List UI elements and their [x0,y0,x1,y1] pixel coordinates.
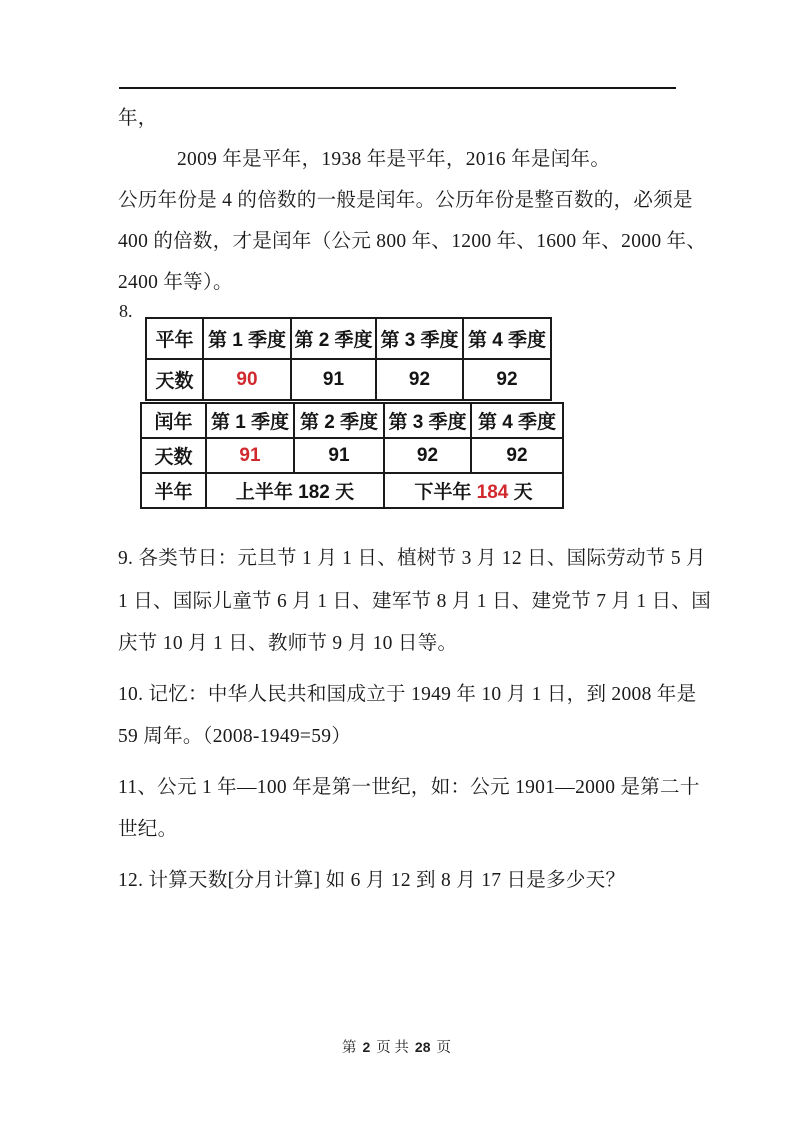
days-value-cell: 92 [384,438,471,473]
table-row: 闰年 第 1 季度 第 2 季度 第 3 季度 第 4 季度 [141,403,563,438]
common-year-table: 平年 第 1 季度 第 2 季度 第 3 季度 第 4 季度 天数 90 91 … [145,317,552,401]
row-label-cell: 平年 [146,318,203,359]
days-value-cell: 91 [291,359,376,400]
half-year-days: 182 [298,482,330,503]
paragraph-line: 2400 年等）。 [118,262,686,303]
quarter-header-cell: 第 3 季度 [376,318,463,359]
list-item-11: 11、公元 1 年—100 年是第一世纪，如：公元 1901—2000 是第二十… [118,767,686,852]
table-row: 半年 上半年 182 天 下半年 184 天 [141,473,563,508]
list-item-9: 9. 各类节日：元旦节 1 月 1 日、植树节 3 月 12 日、国际劳动节 5… [118,538,686,666]
paragraph-line: 1 日、国际儿童节 6 月 1 日、建军节 8 月 1 日、建党节 7 月 1 … [118,581,686,624]
half-year-days: 184 [477,482,509,503]
half-year-text: 天 [335,482,354,503]
days-value-cell: 90 [203,359,291,400]
footer-text: 页 共 [376,1040,409,1056]
items-section: 9. 各类节日：元旦节 1 月 1 日、植树节 3 月 12 日、国际劳动节 5… [118,538,686,910]
paragraph-line: 59 周年。（2008-1949=59） [118,716,686,759]
quarter-header-cell: 第 1 季度 [203,318,291,359]
half-year-cell: 下半年 184 天 [384,473,563,508]
item8-number-label: 8. [119,301,133,322]
paragraph-line: 9. 各类节日：元旦节 1 月 1 日、植树节 3 月 12 日、国际劳动节 5… [118,538,686,581]
paragraph-line: 庆节 10 月 1 日、教师节 9 月 10 日等。 [118,623,686,666]
half-year-text: 下半年 [414,482,471,503]
quarter-header-cell: 第 2 季度 [294,403,384,438]
quarter-header-cell: 第 3 季度 [384,403,471,438]
days-value-cell: 91 [294,438,384,473]
half-year-text: 天 [514,482,533,503]
paragraph-line: 12. 计算天数[分月计算] 如 6 月 12 到 8 月 17 日是多少天？ [118,860,686,903]
intro-section: 年， 2009 年是平年，1938 年是平年，2016 年是闰年。 公历年份是 … [118,98,686,303]
quarter-header-cell: 第 1 季度 [206,403,294,438]
paragraph-line: 10. 记忆：中华人民共和国成立于 1949 年 10 月 1 日，到 2008… [118,674,686,717]
paragraph-line: 公历年份是 4 的倍数的一般是闰年。公历年份是整百数的，必须是 [118,180,686,221]
paragraph-line: 11、公元 1 年—100 年是第一世纪，如：公元 1901—2000 是第二十 [118,767,686,810]
half-year-cell: 上半年 182 天 [206,473,384,508]
list-item-10: 10. 记忆：中华人民共和国成立于 1949 年 10 月 1 日，到 2008… [118,674,686,759]
paragraph-line: 400 的倍数，才是闰年（公元 800 年、1200 年、1600 年、2000… [118,221,686,262]
paragraph-line: 2009 年是平年，1938 年是平年，2016 年是闰年。 [118,139,686,180]
row-label-cell: 闰年 [141,403,206,438]
page-footer: 第2页 共28页 [0,1036,793,1057]
footer-text: 页 [437,1040,452,1056]
days-value-cell: 91 [206,438,294,473]
row-label-cell: 天数 [146,359,203,400]
leap-year-table: 闰年 第 1 季度 第 2 季度 第 3 季度 第 4 季度 天数 91 91 … [140,402,564,509]
half-year-text: 上半年 [236,482,293,503]
days-value-cell: 92 [471,438,563,473]
quarter-header-cell: 第 2 季度 [291,318,376,359]
paragraph-line: 世纪。 [118,809,686,852]
page-number: 2 [363,1039,371,1055]
table-row: 天数 90 91 92 92 [146,359,551,400]
table-row: 平年 第 1 季度 第 2 季度 第 3 季度 第 4 季度 [146,318,551,359]
document-page: 年， 2009 年是平年，1938 年是平年，2016 年是闰年。 公历年份是 … [0,0,793,1122]
list-item-12: 12. 计算天数[分月计算] 如 6 月 12 到 8 月 17 日是多少天？ [118,860,686,903]
row-label-cell: 天数 [141,438,206,473]
footer-text: 第 [342,1040,357,1056]
quarter-header-cell: 第 4 季度 [471,403,563,438]
days-value-cell: 92 [376,359,463,400]
paragraph-line: 年， [118,98,686,139]
row-label-cell: 半年 [141,473,206,508]
days-value-cell: 92 [463,359,551,400]
table-row: 天数 91 91 92 92 [141,438,563,473]
quarter-header-cell: 第 4 季度 [463,318,551,359]
total-pages: 28 [415,1039,431,1055]
header-rule [119,87,676,89]
